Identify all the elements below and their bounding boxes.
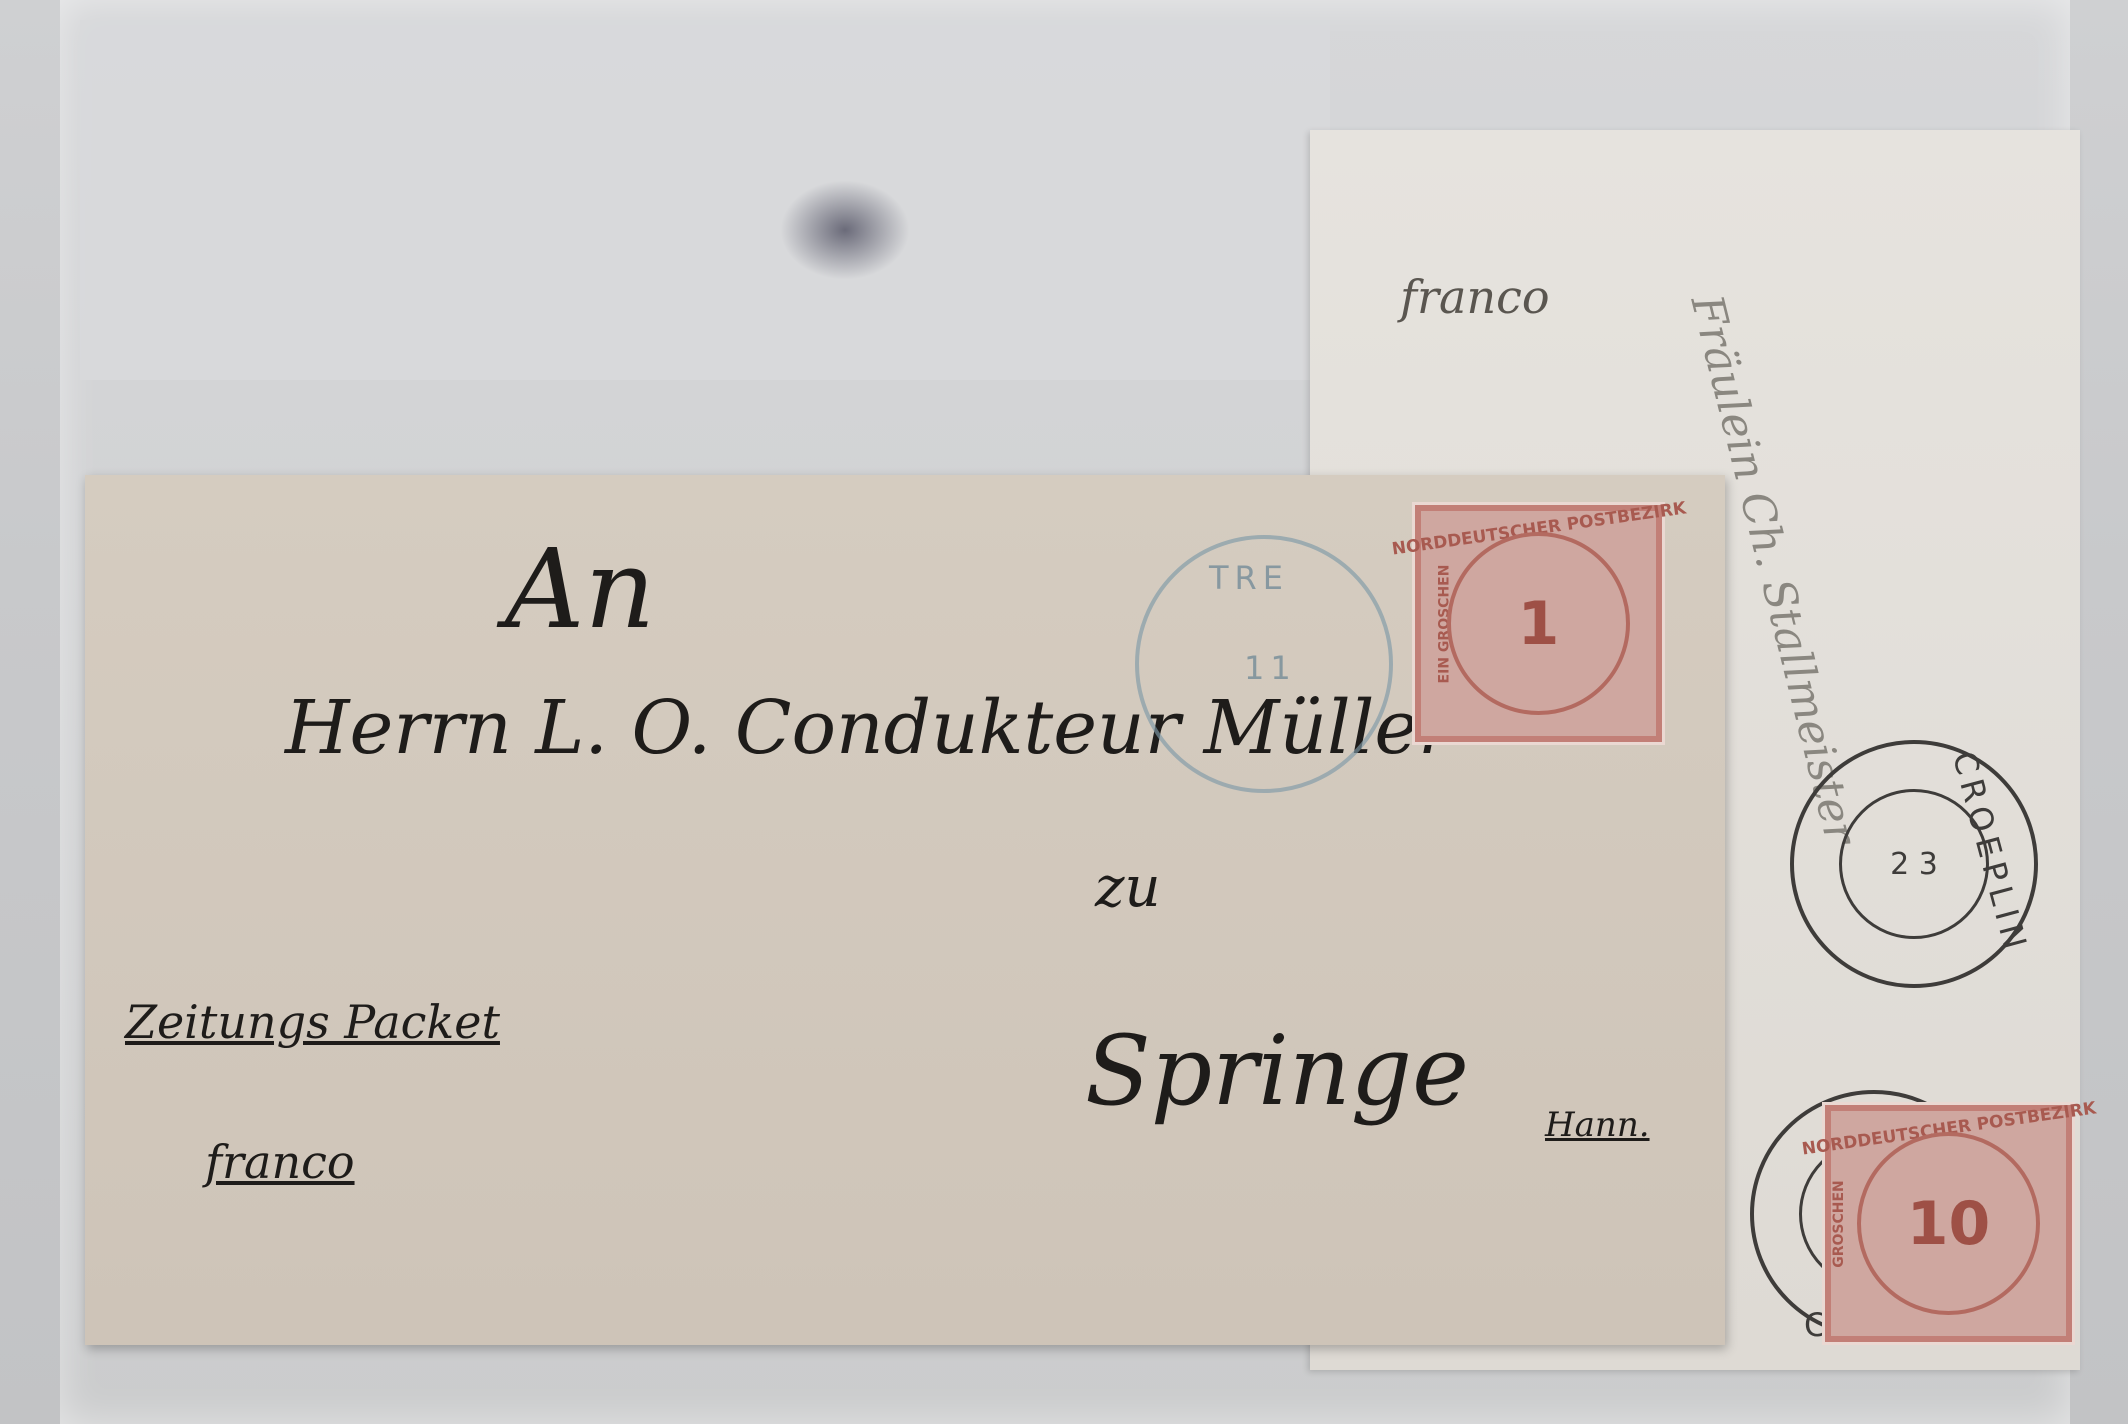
stamp-denomination: GROSCHEN (1831, 1180, 1847, 1268)
note-packet: Zeitungs Packet (125, 995, 500, 1049)
note-franco: franco (205, 1135, 355, 1189)
stamp-10-groschen: NORDDEUTSCHER POSTBEZIRK GROSCHEN 10 (1825, 1105, 2072, 1342)
front-cover: An Herrn L. O. Condukteur Müller zu Spri… (85, 475, 1725, 1345)
address-line-2: zu (1095, 855, 1161, 920)
stamp-value: 1 (1518, 589, 1560, 659)
address-salutation: An (505, 525, 655, 653)
stamp-1-groschen: NORDDEUTSCHER POSTBEZIRK EIN GROSCHEN 1 (1415, 505, 1662, 742)
stamp-value: 10 (1907, 1189, 1991, 1259)
postmark-fragment: TRE (1209, 559, 1289, 597)
postmark-blue: TRE 11 (1135, 535, 1393, 793)
corner-note: franco (1400, 270, 1550, 324)
stamp-ring: 10 (1857, 1132, 2040, 1315)
postmark-croeplin-upper: 2 3 CROEPLIN (1790, 740, 2038, 988)
address-city: Springe (1085, 1015, 1469, 1127)
postmark-inner: 11 (1244, 649, 1297, 687)
background-sheet (80, 20, 1330, 380)
address-routing: Hann. (1545, 1105, 1650, 1145)
ink-smudge (780, 180, 910, 280)
stamp-ring: 1 (1447, 532, 1630, 715)
